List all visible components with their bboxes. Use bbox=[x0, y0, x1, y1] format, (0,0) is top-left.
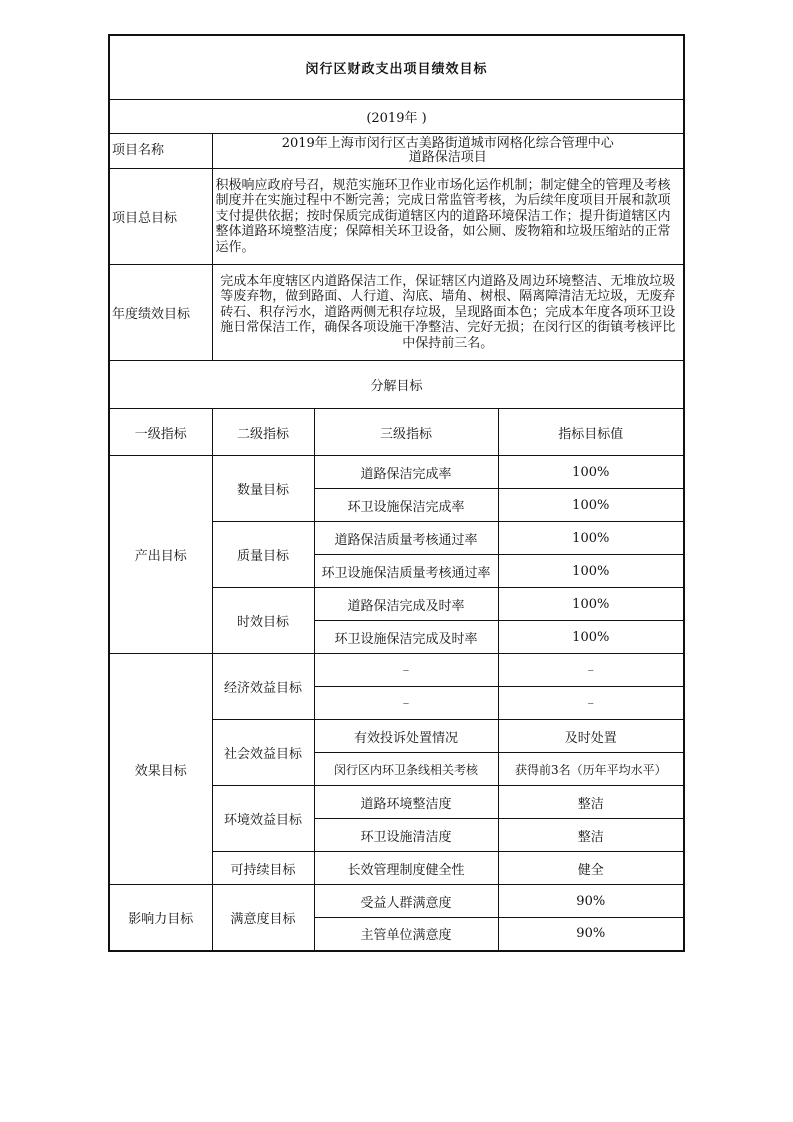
annual-goal-text: 完成本年度辖区内道路保洁工作，保证辖区内道路及周边环境整洁、无堆放垃圾等废弃物，… bbox=[212, 265, 684, 361]
year-label: (2019年 ) bbox=[109, 100, 684, 134]
value-cell: 整洁 bbox=[498, 819, 684, 852]
level1-cell: 效果目标 bbox=[109, 654, 212, 885]
level2-cell: 社会效益目标 bbox=[212, 720, 314, 786]
project-name-line1: 2019年上海市闵行区古美路街道城市网格化综合管理中心 bbox=[213, 137, 684, 151]
level3-cell: 道路保洁质量考核通过率 bbox=[314, 522, 498, 555]
value-cell: – bbox=[498, 654, 684, 687]
value-cell: 100% bbox=[498, 621, 684, 654]
level2-cell: 质量目标 bbox=[212, 522, 314, 588]
level2-cell: 时效目标 bbox=[212, 588, 314, 654]
value-cell: – bbox=[498, 687, 684, 720]
breakdown-section-title: 分解目标 bbox=[109, 361, 684, 409]
table-row: 影响力目标 满意度目标 受益人群满意度 90% bbox=[109, 885, 684, 918]
page-title: 闵行区财政支出项目绩效目标 bbox=[109, 35, 684, 100]
value-cell: 100% bbox=[498, 456, 684, 489]
value-cell: 100% bbox=[498, 588, 684, 621]
level3-cell: 道路保洁完成及时率 bbox=[314, 588, 498, 621]
value-cell: 获得前3名（历年平均水平） bbox=[498, 753, 684, 786]
value-cell: 90% bbox=[498, 885, 684, 918]
level3-cell: 长效管理制度健全性 bbox=[314, 852, 498, 885]
value-cell: 及时处置 bbox=[498, 720, 684, 753]
level2-cell: 数量目标 bbox=[212, 456, 314, 522]
level3-cell: 道路环境整洁度 bbox=[314, 786, 498, 819]
total-goal-text: 积极响应政府号召，规范实施环卫作业市场化运作机制；制定健全的管理及考核制度并在实… bbox=[212, 169, 684, 265]
value-cell: 90% bbox=[498, 918, 684, 951]
level3-cell: 环卫设施清洁度 bbox=[314, 819, 498, 852]
header-level3: 三级指标 bbox=[314, 409, 498, 456]
level3-cell: – bbox=[314, 654, 498, 687]
level3-cell: 环卫设施保洁质量考核通过率 bbox=[314, 555, 498, 588]
value-cell: 100% bbox=[498, 555, 684, 588]
level3-cell: 环卫设施保洁完成及时率 bbox=[314, 621, 498, 654]
project-name-value: 2019年上海市闵行区古美路街道城市网格化综合管理中心 道路保洁项目 bbox=[212, 134, 684, 169]
level2-cell: 经济效益目标 bbox=[212, 654, 314, 720]
value-cell: 健全 bbox=[498, 852, 684, 885]
level3-cell: – bbox=[314, 687, 498, 720]
level3-cell: 道路保洁完成率 bbox=[314, 456, 498, 489]
level3-cell: 主管单位满意度 bbox=[314, 918, 498, 951]
header-level2: 二级指标 bbox=[212, 409, 314, 456]
value-cell: 100% bbox=[498, 522, 684, 555]
table-row: 效果目标 经济效益目标 – – bbox=[109, 654, 684, 687]
level2-cell: 环境效益目标 bbox=[212, 786, 314, 852]
level2-cell: 可持续目标 bbox=[212, 852, 314, 885]
level3-cell: 有效投诉处置情况 bbox=[314, 720, 498, 753]
level1-cell: 产出目标 bbox=[109, 456, 212, 654]
table-row: 产出目标 数量目标 道路保洁完成率 100% bbox=[109, 456, 684, 489]
project-name-label: 项目名称 bbox=[109, 134, 212, 169]
level1-cell: 影响力目标 bbox=[109, 885, 212, 951]
level2-cell: 满意度目标 bbox=[212, 885, 314, 951]
value-cell: 整洁 bbox=[498, 786, 684, 819]
header-level1: 一级指标 bbox=[109, 409, 212, 456]
project-name-line2: 道路保洁项目 bbox=[213, 151, 684, 165]
level3-cell: 闵行区内环卫条线相关考核 bbox=[314, 753, 498, 786]
performance-goal-table: 闵行区财政支出项目绩效目标 (2019年 ) 项目名称 2019年上海市闵行区古… bbox=[108, 34, 685, 952]
level3-cell: 受益人群满意度 bbox=[314, 885, 498, 918]
total-goal-label: 项目总目标 bbox=[109, 169, 212, 265]
annual-goal-label: 年度绩效目标 bbox=[109, 265, 212, 361]
header-target-value: 指标目标值 bbox=[498, 409, 684, 456]
level3-cell: 环卫设施保洁完成率 bbox=[314, 489, 498, 522]
value-cell: 100% bbox=[498, 489, 684, 522]
